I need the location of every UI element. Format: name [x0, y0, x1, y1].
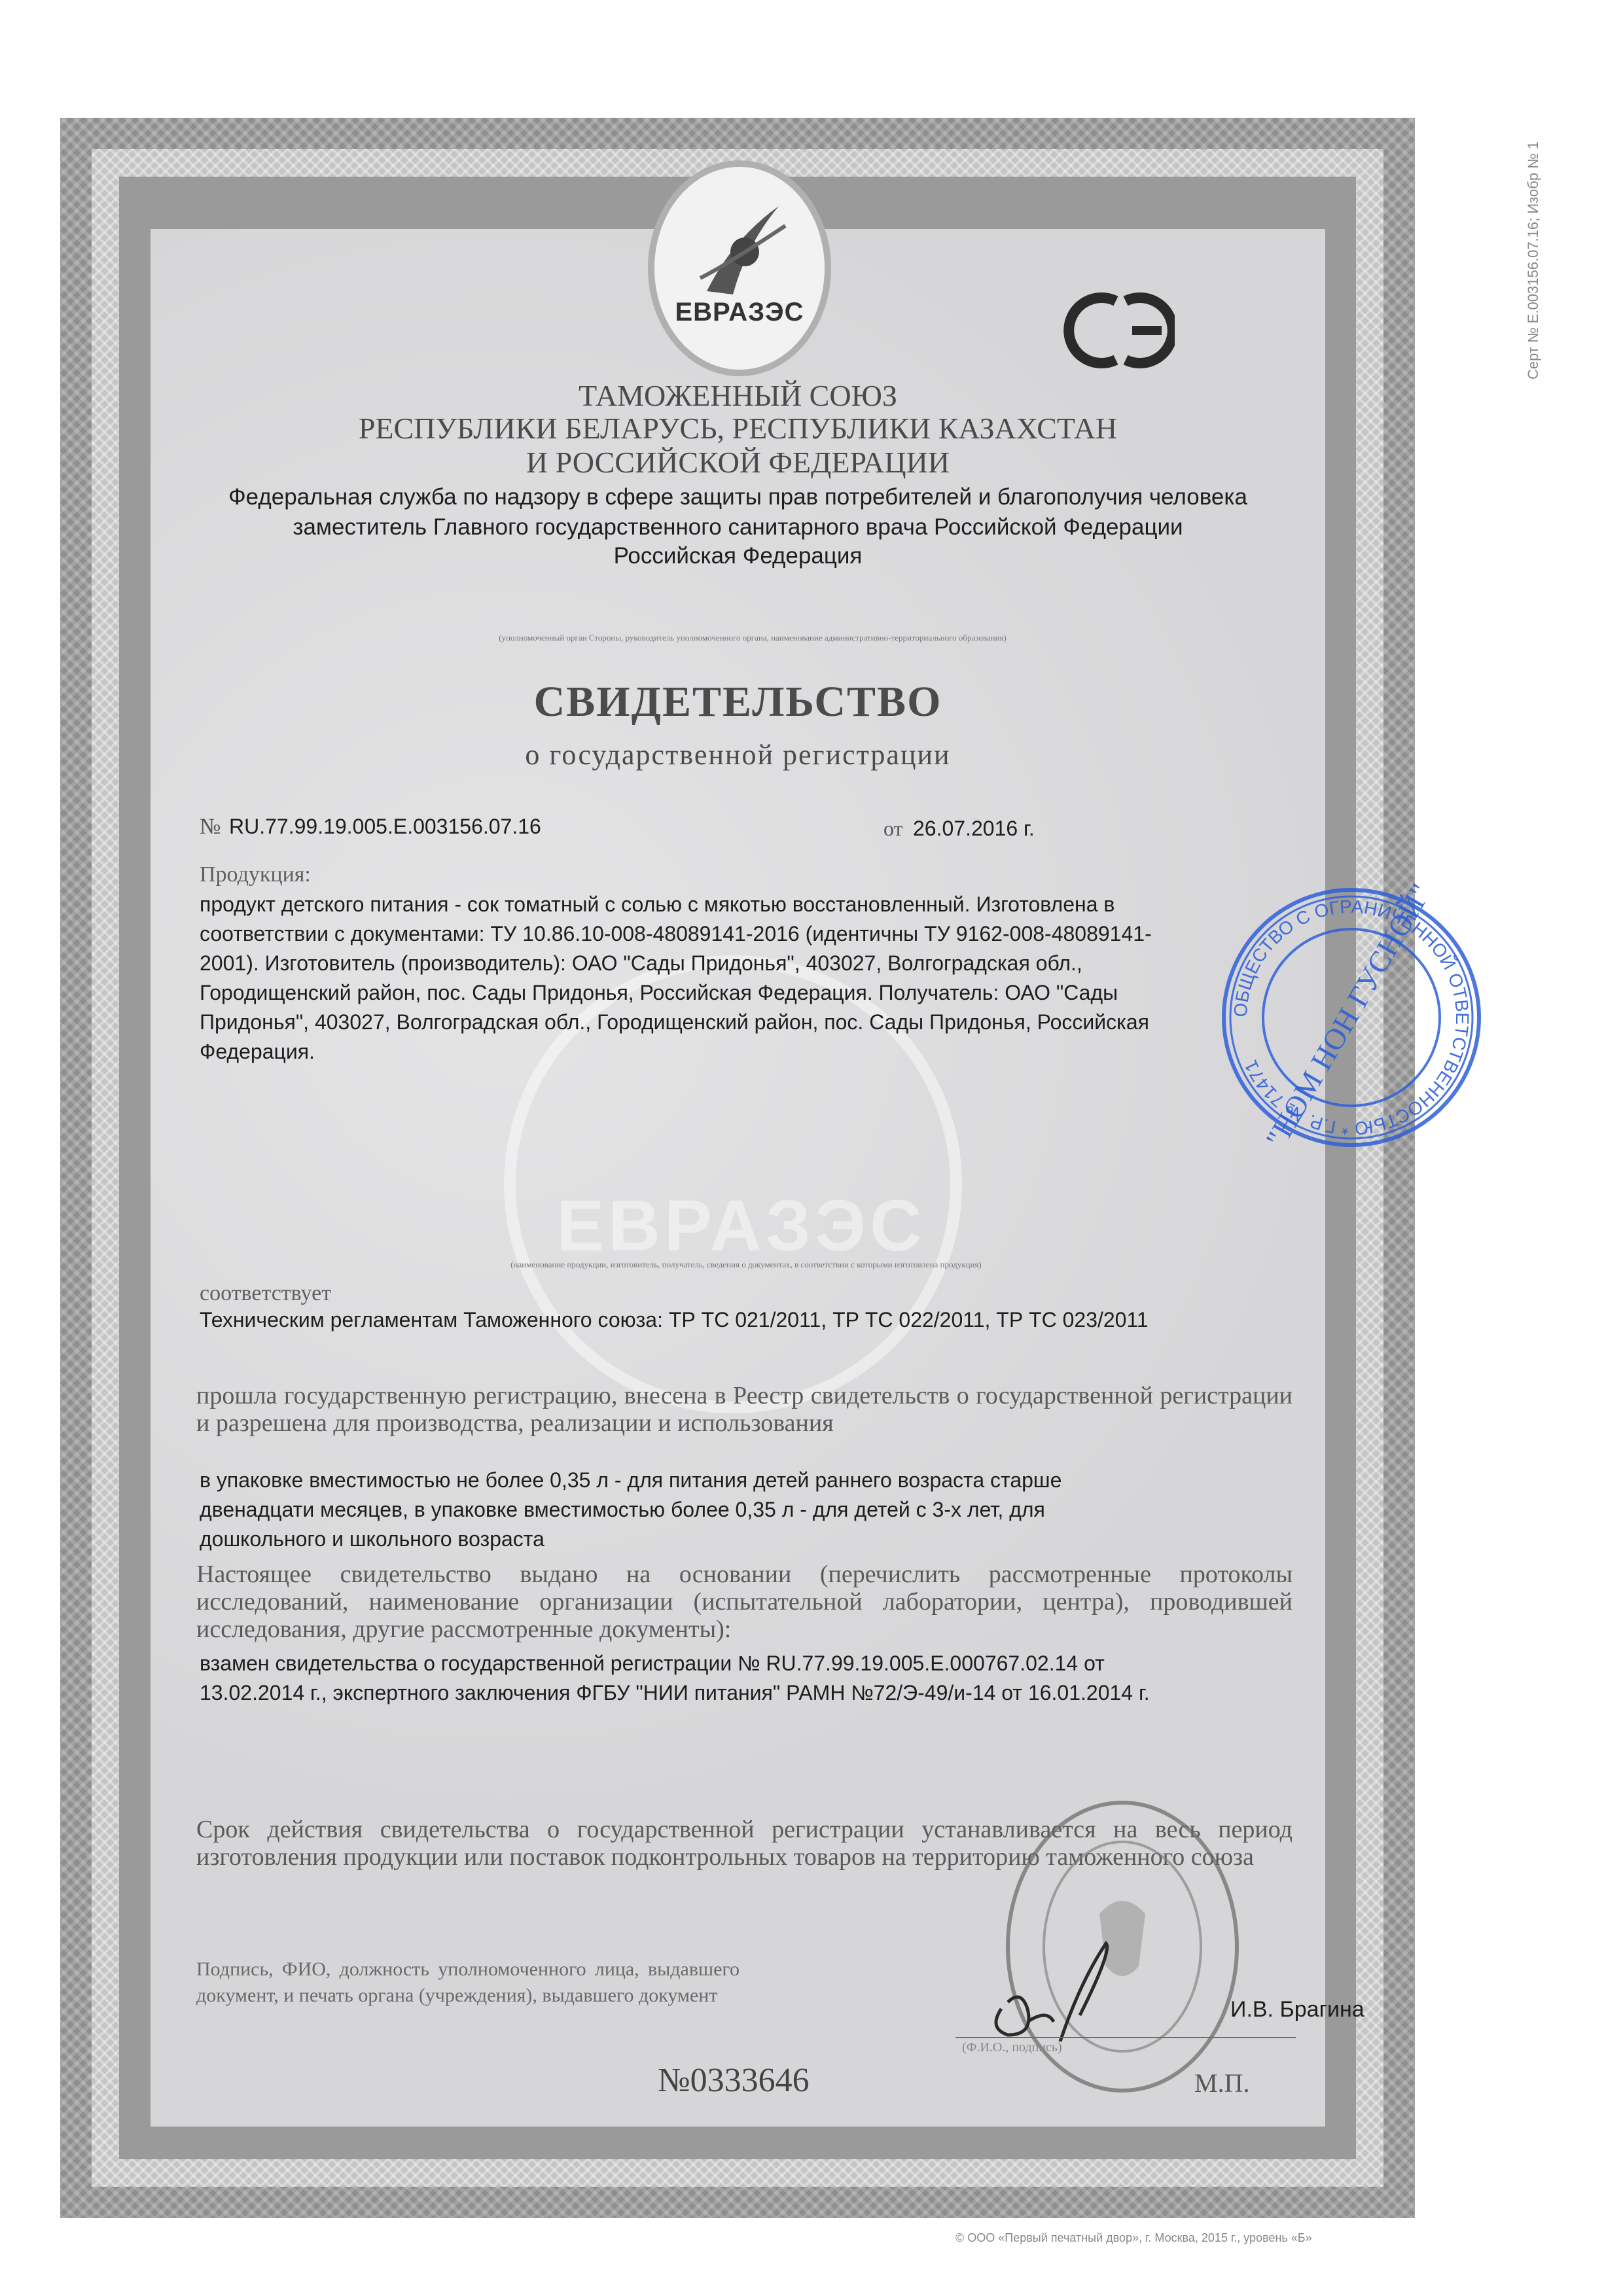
- eurasec-emblem-icon: [694, 200, 792, 298]
- usage-line: в упаковке вместимостью не более 0,35 л …: [200, 1466, 1312, 1495]
- usage-line: двенадцати месяцев, в упаковке вместимос…: [200, 1495, 1312, 1525]
- signature-instruction: Подпись, ФИО, должность уполномоченного …: [196, 1956, 740, 2009]
- document-subtitle: о государственной регистрации: [151, 738, 1325, 771]
- product-line: Федерация.: [200, 1037, 1312, 1067]
- number-label: №: [200, 815, 221, 839]
- authority-line-3: Российская Федерация: [151, 543, 1325, 569]
- product-line: Придонья", 403027, Волгоградская обл., Г…: [200, 1008, 1312, 1037]
- header-federation: И РОССИЙСКОЙ ФЕДЕРАЦИИ: [151, 445, 1325, 480]
- registration-number: RU.77.99.19.005.E.003156.07.16: [229, 815, 541, 839]
- basis-line: взамен свидетельства о государственной р…: [200, 1649, 1312, 1678]
- signature-line: [955, 2037, 1296, 2038]
- logo-text: ЕВРАЗЭС: [654, 298, 825, 327]
- basis-documents: взамен свидетельства о государственной р…: [200, 1649, 1312, 1708]
- authority-line-1: Федеральная служба по надзору в сфере за…: [151, 484, 1325, 510]
- blank-number: №0333646: [658, 2061, 810, 2100]
- date-label: от: [883, 817, 903, 841]
- signer-name: И.В. Брагина: [1230, 1997, 1364, 2022]
- usage-description: в упаковке вместимостью не более 0,35 л …: [200, 1466, 1312, 1554]
- conformity-text: Техническим регламентам Таможенного союз…: [200, 1305, 1312, 1335]
- signature-hint: (Ф.И.О., подпись): [962, 2040, 1062, 2055]
- header-republics: РЕСПУБЛИКИ БЕЛАРУСЬ, РЕСПУБЛИКИ КАЗАХСТА…: [151, 411, 1325, 446]
- registry-intro: прошла государственную регистрацию, внес…: [196, 1382, 1293, 1437]
- eurasec-logo: ЕВРАЗЭС: [648, 160, 831, 376]
- watermark-text: ЕВРАЗЭС: [556, 1184, 923, 1267]
- conformity-label: соответствует: [200, 1281, 331, 1306]
- basis-line: 13.02.2014 г., экспертного заключения ФГ…: [200, 1678, 1312, 1708]
- header-customs-union: ТАМОЖЕННЫЙ СОЮЗ: [151, 378, 1325, 413]
- product-line: продукт детского питания - сок томатный …: [200, 890, 1312, 919]
- usage-line: дошкольного и школьного возраста: [200, 1525, 1312, 1554]
- product-line: соответствии с документами: ТУ 10.86.10-…: [200, 919, 1312, 949]
- basis-intro: Настоящее свидетельство выдано на основа…: [196, 1561, 1293, 1643]
- seal-place-label: М.П.: [1194, 2068, 1249, 2098]
- document-title: СВИДЕТЕЛЬСТВО: [151, 677, 1325, 727]
- product-label: Продукция:: [200, 862, 311, 887]
- product-description: продукт детского питания - сок томатный …: [200, 890, 1312, 1067]
- product-hint: (наименование продукции, изготовитель, п…: [196, 1260, 1296, 1270]
- product-line: 2001). Изготовитель (производитель): ОАО…: [200, 949, 1312, 978]
- company-stamp-icon: ОБЩЕСТВО С ОГРАНИЧЕННОЙ ОТВЕТСТВЕННОСТЬЮ…: [1214, 880, 1489, 1155]
- product-line: Городищенский район, пос. Сады Придонья,…: [200, 978, 1312, 1008]
- signature-icon: [982, 1930, 1152, 2048]
- se-mark-icon: [1063, 288, 1175, 373]
- registration-date: 26.07.2016 г.: [913, 817, 1035, 841]
- printer-footer: © ООО «Первый печатный двор», г. Москва,…: [955, 2231, 1312, 2245]
- authority-line-2: заместитель Главного государственного са…: [151, 514, 1325, 540]
- side-reference: Серт № E.003156.07.16; Изобр № 1: [1525, 141, 1542, 380]
- authority-hint: (уполномоченный орган Стороны, руководит…: [294, 633, 1211, 643]
